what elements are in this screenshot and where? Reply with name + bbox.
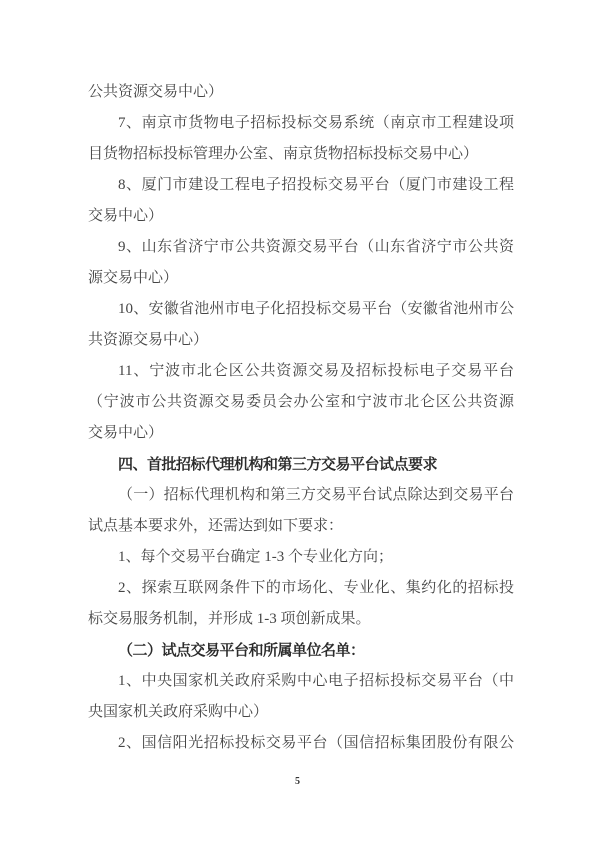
text-line: 源交易中心） xyxy=(88,263,514,294)
heading-line: （二）试点交易平台和所属单位名单： xyxy=(88,635,514,666)
text-line: 共资源交易中心） xyxy=(88,325,514,356)
text-line: 交易中心） xyxy=(88,201,514,232)
text-line: 央国家机关政府采购中心） xyxy=(88,697,514,728)
text-line: 8、厦门市建设工程电子招投标交易平台（厦门市建设工程 xyxy=(88,170,514,201)
document-body: 公共资源交易中心）7、南京市货物电子招标投标交易系统（南京市工程建设项目货物招标… xyxy=(88,77,514,759)
text-line: 7、南京市货物电子招标投标交易系统（南京市工程建设项 xyxy=(88,108,514,139)
text-line: 交易中心） xyxy=(88,418,514,449)
text-line: 公共资源交易中心） xyxy=(88,77,514,108)
text-line: 11、宁波市北仑区公共资源交易及招标投标电子交易平台 xyxy=(88,356,514,387)
text-line: 1、每个交易平台确定 1-3 个专业化方向； xyxy=(88,542,514,573)
text-line: 9、山东省济宁市公共资源交易平台（山东省济宁市公共资 xyxy=(88,232,514,263)
heading-line: 四、首批招标代理机构和第三方交易平台试点要求 xyxy=(88,449,514,480)
text-line: 1、中央国家机关政府采购中心电子招标投标交易平台（中 xyxy=(88,666,514,697)
text-line: 目货物招标投标管理办公室、南京货物招标投标交易中心） xyxy=(88,139,514,170)
text-line: 2、探索互联网条件下的市场化、专业化、集约化的招标投 xyxy=(88,573,514,604)
text-line: 2、国信阳光招标投标交易平台（国信招标集团股份有限公 xyxy=(88,728,514,759)
text-line: 10、安徽省池州市电子化招投标交易平台（安徽省池州市公 xyxy=(88,294,514,325)
page-number: 5 xyxy=(0,776,595,787)
text-line: 标交易服务机制，并形成 1-3 项创新成果。 xyxy=(88,604,514,635)
text-line: 试点基本要求外，还需达到如下要求： xyxy=(88,511,514,542)
text-line: （宁波市公共资源交易委员会办公室和宁波市北仑区公共资源 xyxy=(88,387,514,418)
text-line: （一）招标代理机构和第三方交易平台试点除达到交易平台 xyxy=(88,480,514,511)
document-page: 公共资源交易中心）7、南京市货物电子招标投标交易系统（南京市工程建设项目货物招标… xyxy=(0,0,595,842)
